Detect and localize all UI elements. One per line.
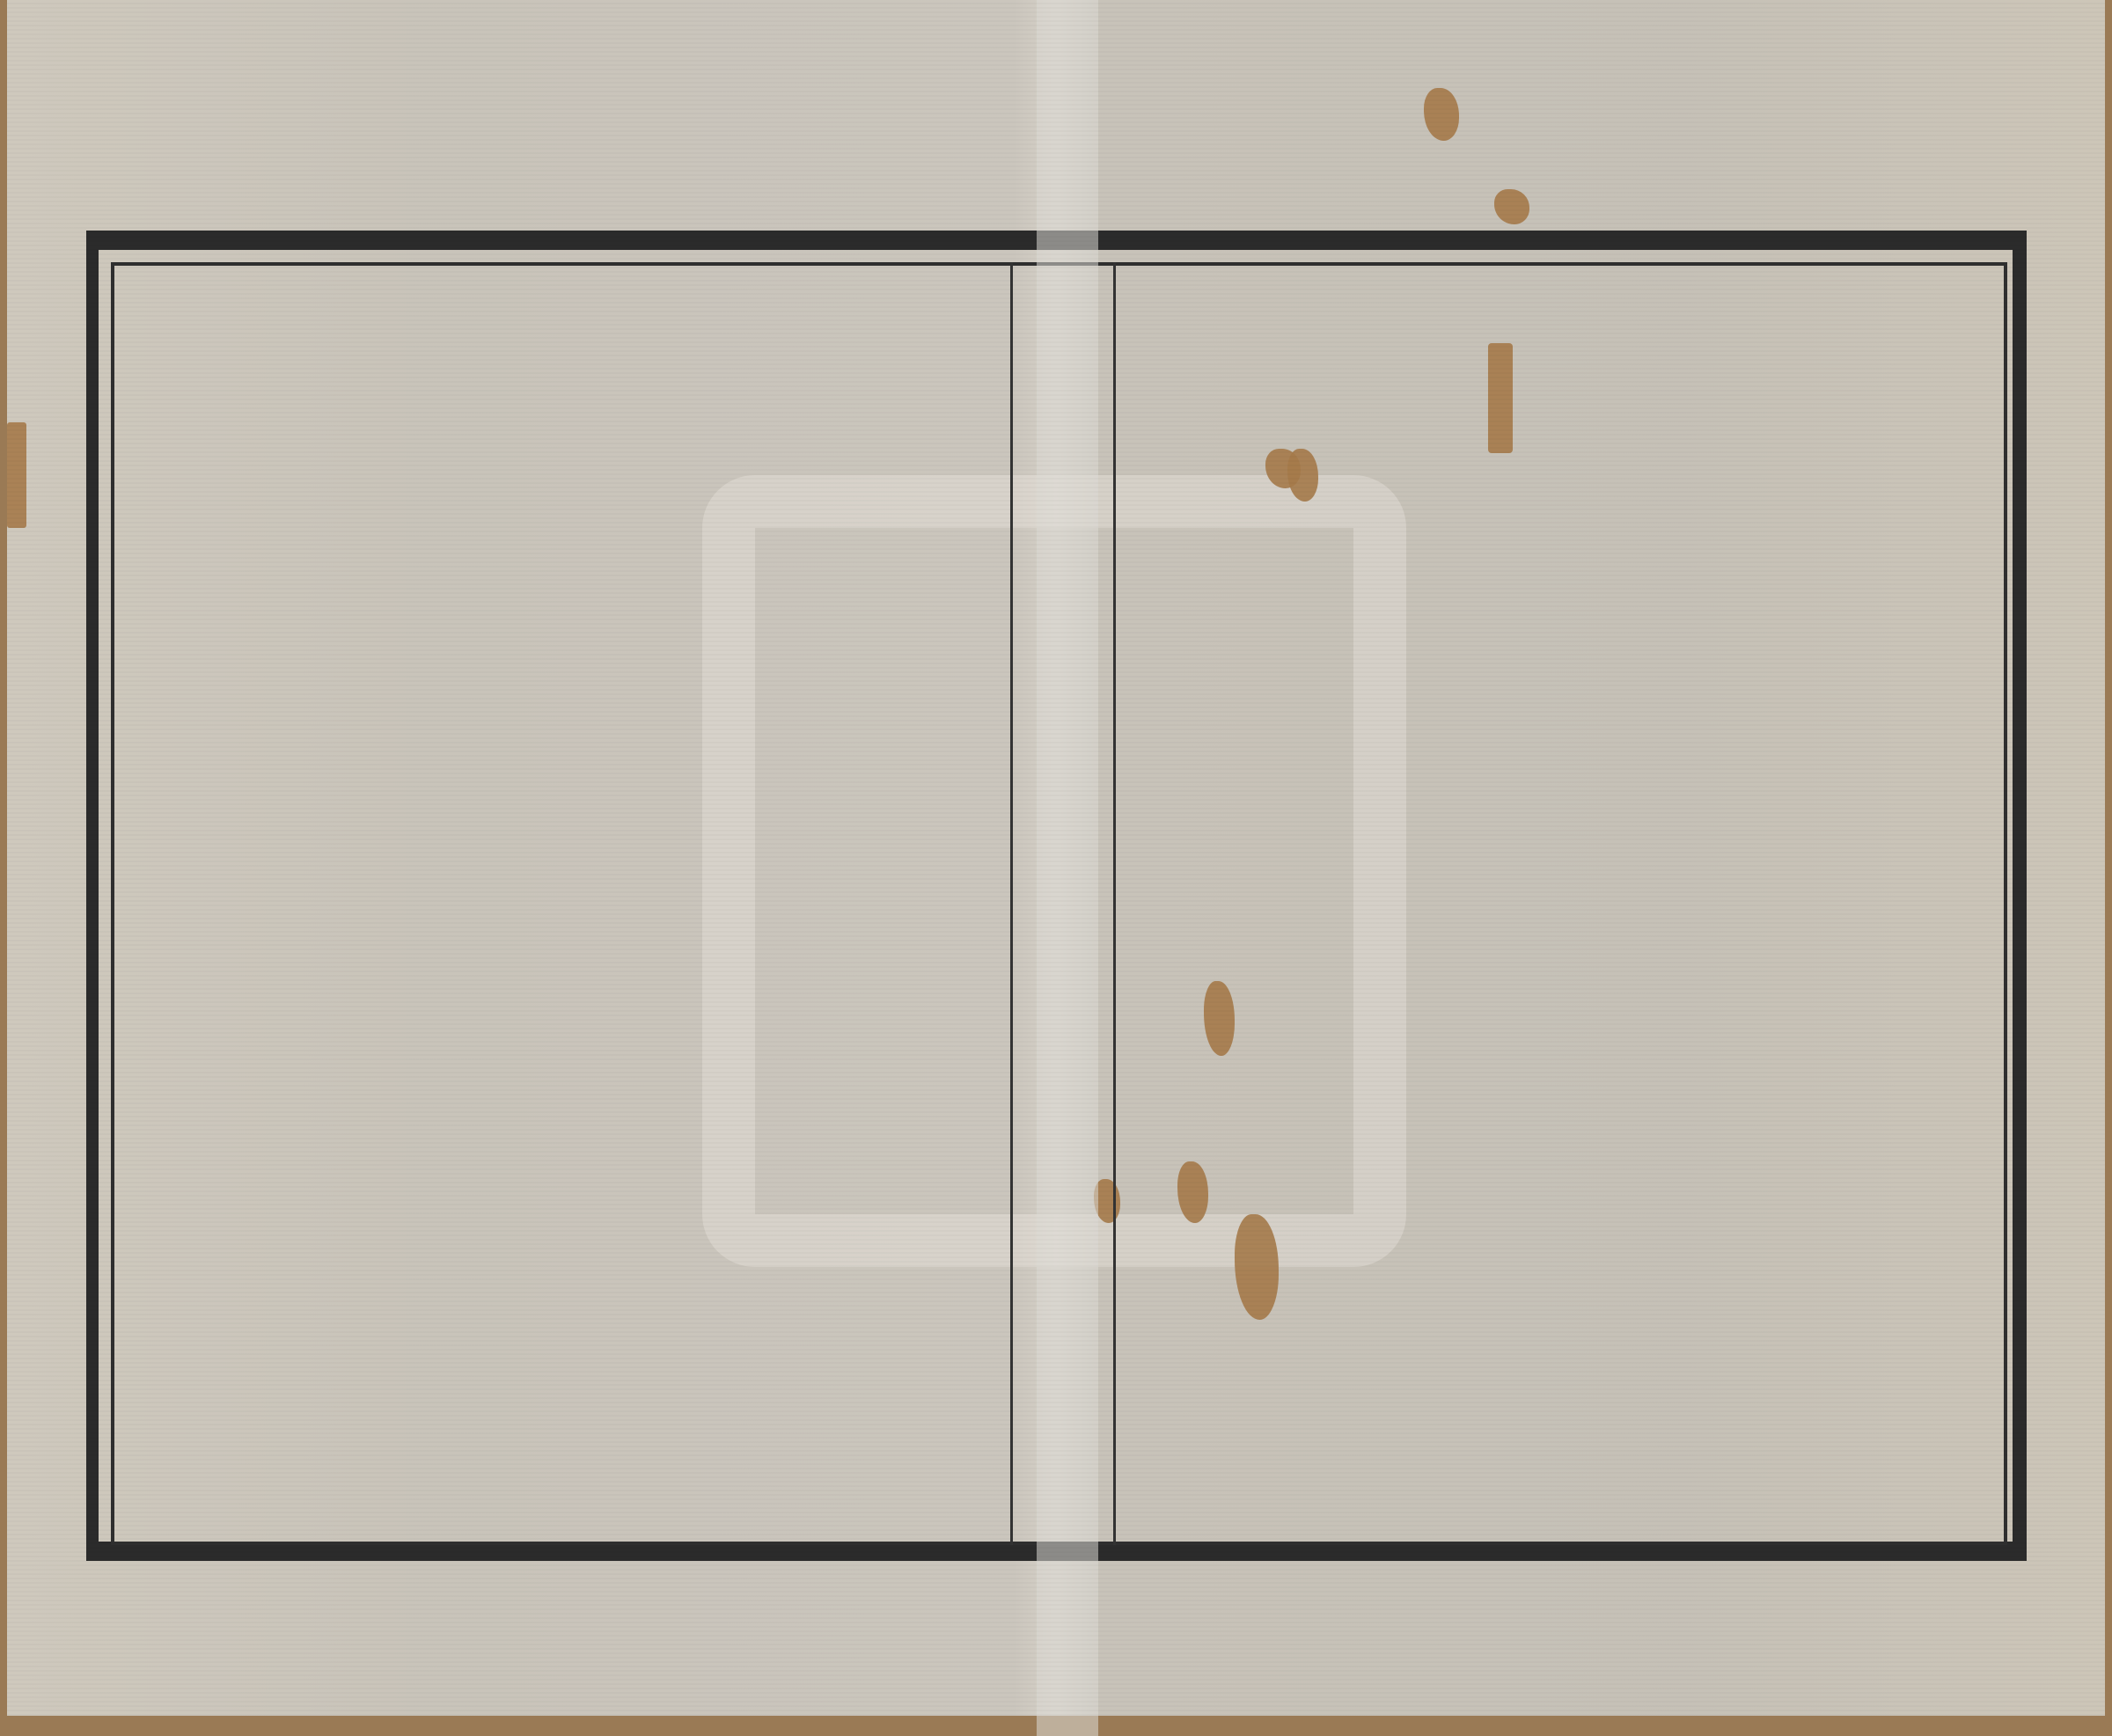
outer-border (86, 231, 2027, 1561)
stain (1424, 88, 1459, 141)
stain (7, 422, 26, 528)
call-number-line3 (1754, 25, 1789, 26)
stain (1094, 1179, 1120, 1223)
inner-border (111, 262, 2007, 1545)
stain (1287, 449, 1318, 502)
repair-tape (1037, 0, 1098, 1736)
stain (1265, 449, 1301, 488)
call-number-line1 (1736, 25, 1789, 27)
stain (1204, 981, 1235, 1056)
watermark (702, 475, 1406, 1267)
center-fold-column (1010, 262, 1116, 1545)
paper-page (7, 0, 2105, 1716)
stain (1235, 1214, 1279, 1320)
stain (1494, 189, 1529, 224)
stain (1488, 343, 1513, 453)
call-number (1736, 25, 1789, 27)
stain (1177, 1161, 1208, 1223)
